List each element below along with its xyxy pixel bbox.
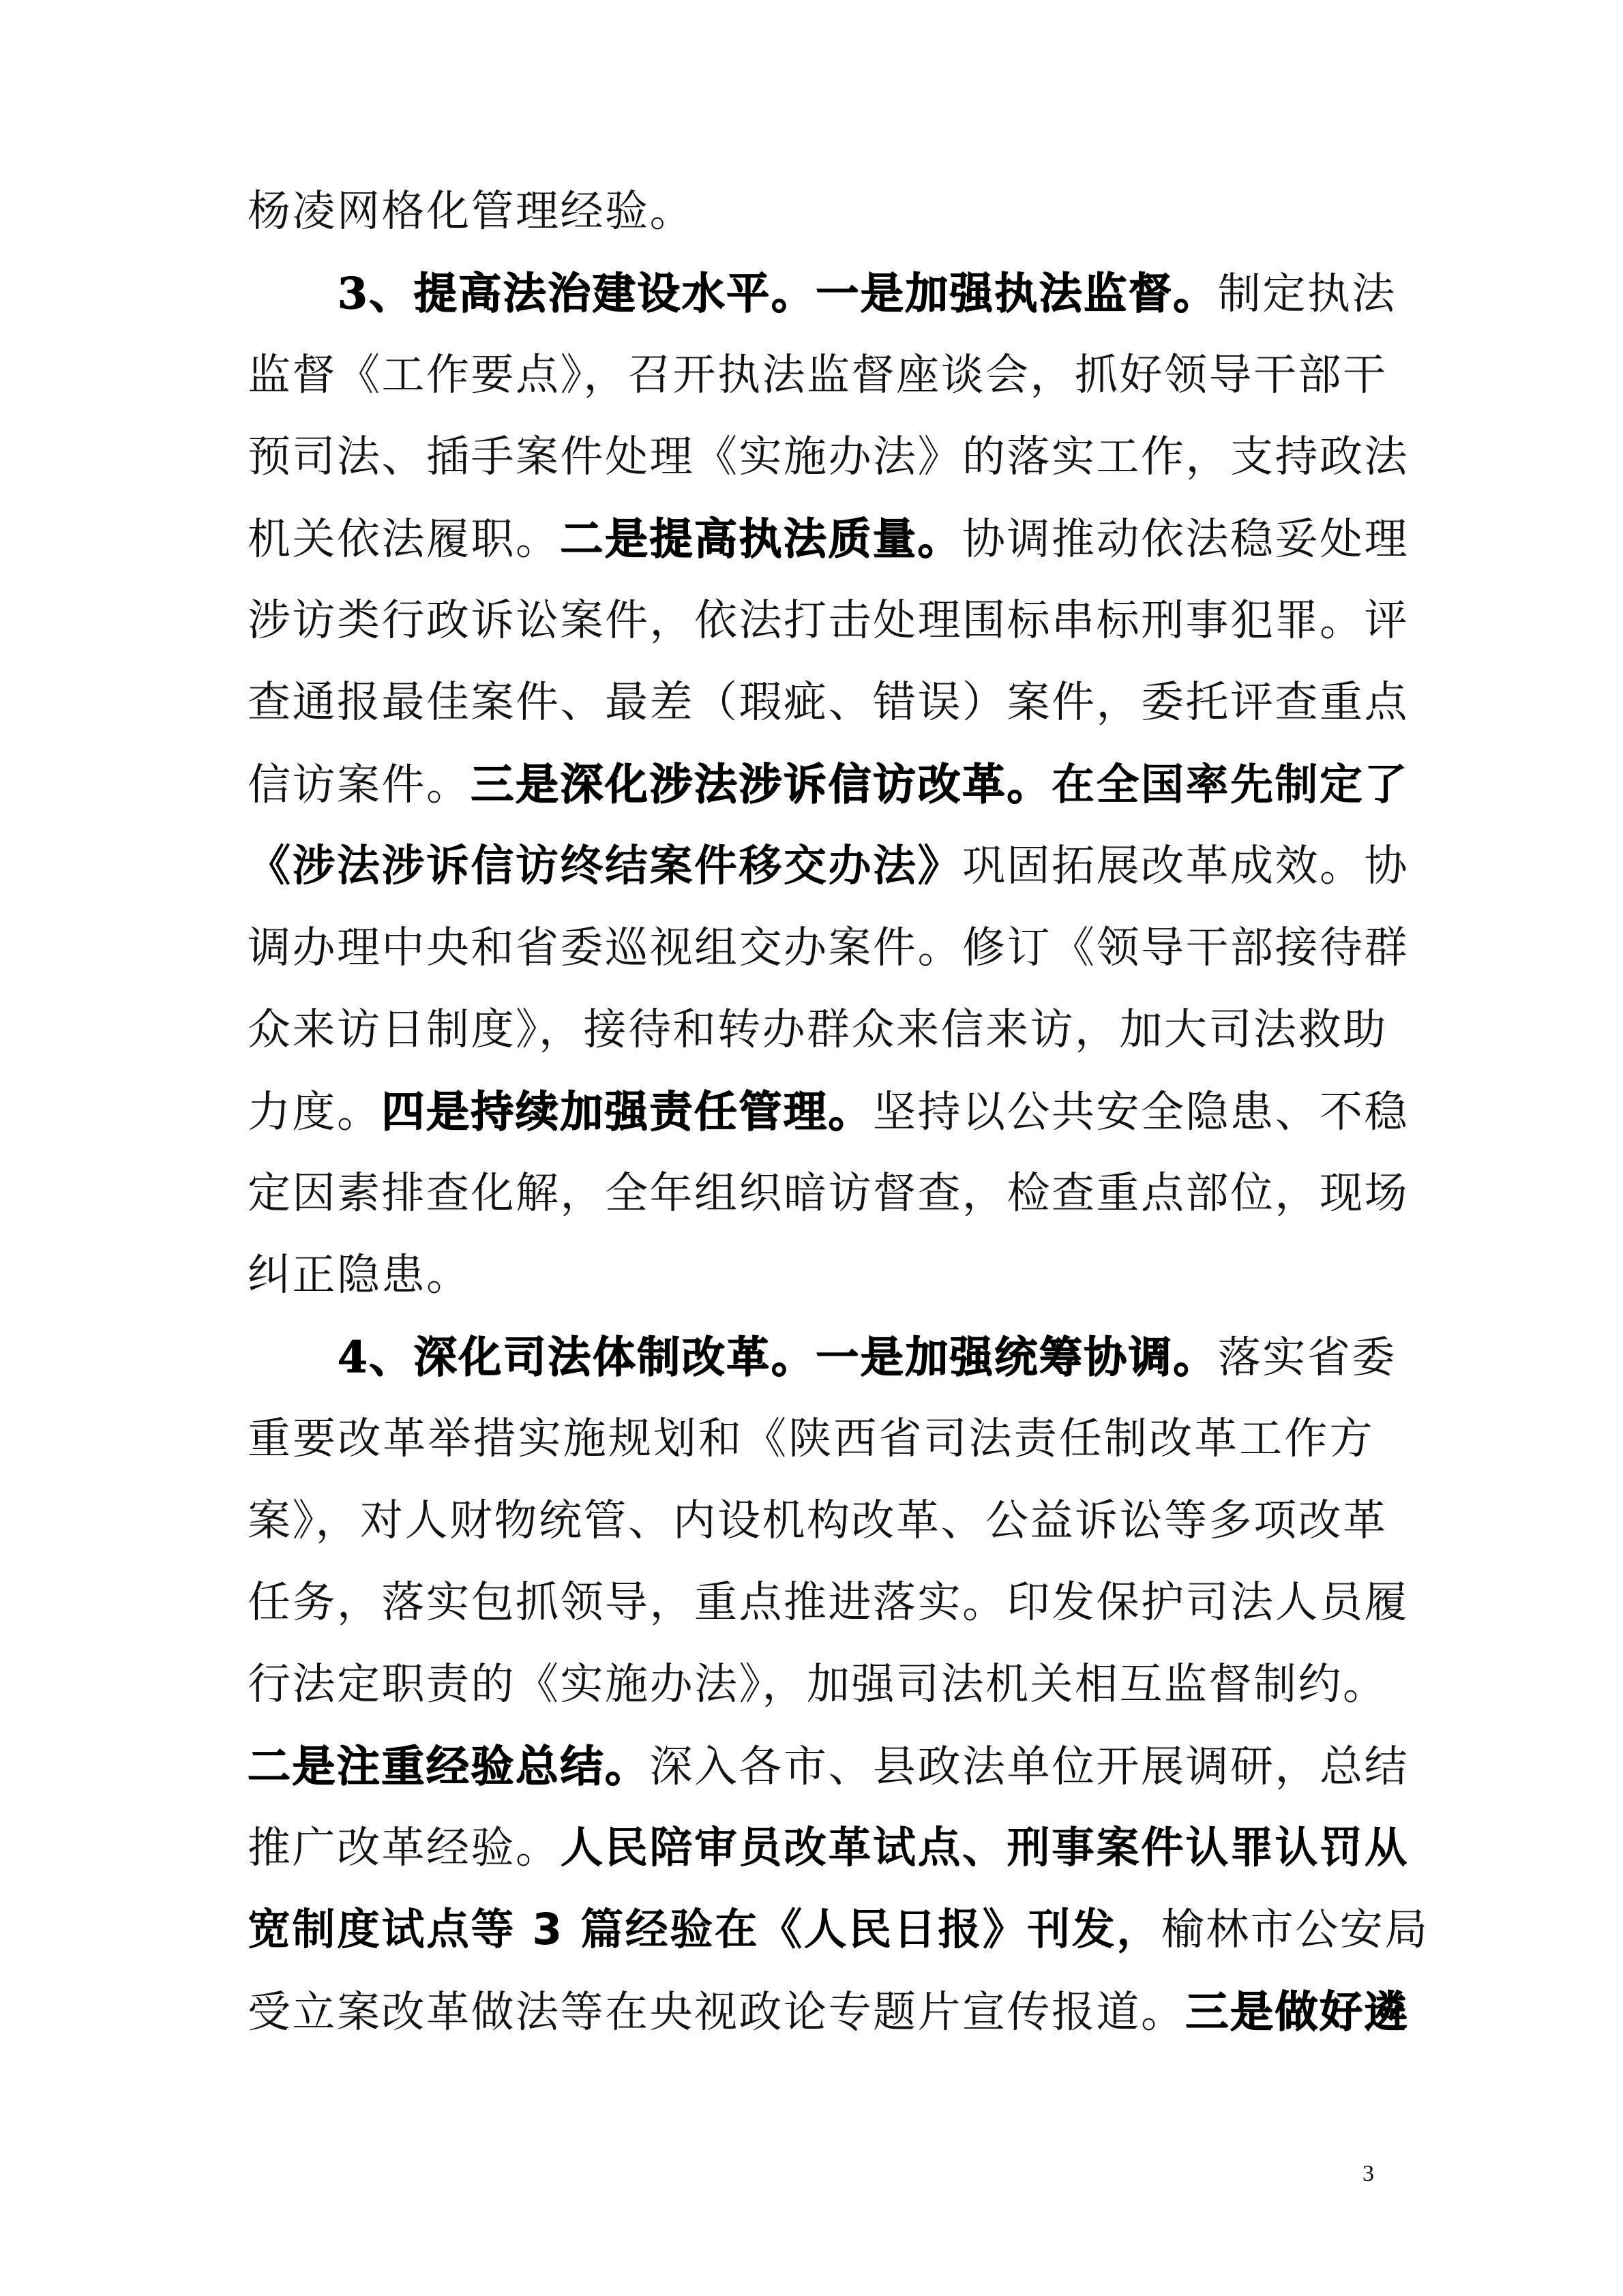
- paragraph-text: 任务，落实包抓领导，重点推进落实。印发保护司法人员履: [248, 1577, 1409, 1627]
- text-line-content: 涉访类行政诉讼案件，依法打击处理围标串标刑事犯罪。评: [248, 588, 1374, 670]
- paragraph-text: 制定执法: [1218, 269, 1397, 318]
- text-line-content: 案》，对人财物统管、内设机构改革、公益诉讼等多项改革: [248, 1488, 1374, 1570]
- text-line-content: 任务，落实包抓领导，重点推进落实。印发保护司法人员履: [248, 1570, 1374, 1652]
- paragraph-text: 深入各市、县政法单位开展调研，总结: [650, 1742, 1410, 1791]
- paragraph-text: 杨凌网格化管理经验。: [248, 186, 694, 236]
- bold-heading-text: 三是做好遴: [1186, 1986, 1410, 2037]
- paragraph-text: 监督《工作要点》，召开执法监督座谈会，抓好领导干部干: [248, 350, 1388, 400]
- page-number: 3: [1363, 2160, 1374, 2188]
- text-line-content: 受立案改革做法等在央视政论专题片宣传报道。三是做好遴: [248, 1979, 1374, 2061]
- emphasis-text: 人民陪审员改革试点、刑事案件认罪认罚从: [561, 1823, 1410, 1873]
- text-line: 纠正隐患。: [248, 1242, 1374, 1324]
- emphasis-text: 在全国率先制定了: [1052, 760, 1409, 809]
- paragraph-text: 查通报最佳案件、最差（瑕疵、错误）案件，委托评查重点: [248, 677, 1409, 727]
- paragraph-text: 坚持以公共安全隐患、不稳: [873, 1087, 1409, 1137]
- paragraph-text: 推广改革经验。: [248, 1823, 561, 1873]
- text-line-content: 二是注重经验总结。深入各市、县政法单位开展调研，总结: [248, 1733, 1374, 1815]
- paragraph-text: 众来访日制度》，接待和转办群众来信来访，加大司法救助: [248, 1004, 1388, 1054]
- text-line: 力度。四是持续加强责任管理。坚持以公共安全隐患、不稳: [248, 1079, 1374, 1161]
- text-line: 定因素排查化解，全年组织暗访督查，检查重点部位，现场: [248, 1161, 1374, 1242]
- text-line-content: 众来访日制度》，接待和转办群众来信来访，加大司法救助: [248, 997, 1374, 1079]
- text-line-content: 力度。四是持续加强责任管理。坚持以公共安全隐患、不稳: [248, 1079, 1374, 1161]
- text-line-content: 4、深化司法体制改革。一是加强统筹协调。落实省委: [338, 1324, 1374, 1406]
- text-line-content: 预司法、插手案件处理《实施办法》的落实工作，支持政法: [248, 424, 1374, 506]
- text-line-content: 定因素排查化解，全年组织暗访督查，检查重点部位，现场: [248, 1161, 1374, 1242]
- text-line: 受立案改革做法等在央视政论专题片宣传报道。三是做好遴: [248, 1979, 1374, 2061]
- text-line: 行法定职责的《实施办法》，加强司法机关相互监督制约。: [248, 1652, 1374, 1733]
- paragraph-text: 预司法、插手案件处理《实施办法》的落实工作，支持政法: [248, 432, 1409, 481]
- paragraph-text: 纠正隐患。: [248, 1250, 471, 1300]
- text-line-content: 重要改革举措实施规划和《陕西省司法责任制改革工作方: [248, 1406, 1374, 1488]
- bold-heading-text: 二是注重经验总结。: [248, 1741, 650, 1791]
- text-line-content: 机关依法履职。二是提高执法质量。协调推动依法稳妥处理: [248, 506, 1374, 588]
- emphasis-text: 宽制度试点等 3 篇经验在《人民日报》刊发，: [248, 1905, 1161, 1954]
- bold-heading-text: 四是持续加强责任管理。: [382, 1086, 874, 1137]
- text-line: 预司法、插手案件处理《实施办法》的落实工作，支持政法: [248, 424, 1374, 506]
- paragraph-text: 榆林市公安局: [1161, 1905, 1429, 1954]
- paragraph-text: 调办理中央和省委巡视组交办案件。修订《领导干部接待群: [248, 923, 1409, 972]
- paragraph-text: 定因素排查化解，全年组织暗访督查，检查重点部位，现场: [248, 1168, 1409, 1218]
- bold-heading-text: 二是提高执法质量。: [561, 513, 963, 564]
- document-page: 杨凌网格化管理经验。3、提高法治建设水平。一是加强执法监督。制定执法监督《工作要…: [0, 0, 1623, 2296]
- text-line: 3、提高法治建设水平。一是加强执法监督。制定执法: [248, 260, 1374, 342]
- paragraph-text: 巩固拓展改革成效。协: [962, 841, 1409, 891]
- text-line-content: 调办理中央和省委巡视组交办案件。修订《领导干部接待群: [248, 915, 1374, 997]
- text-line: 案》，对人财物统管、内设机构改革、公益诉讼等多项改革: [248, 1488, 1374, 1570]
- text-line: 信访案件。三是深化涉法涉诉信访改革。在全国率先制定了: [248, 751, 1374, 833]
- text-line-content: 宽制度试点等 3 篇经验在《人民日报》刊发，榆林市公安局: [248, 1897, 1374, 1979]
- text-line-content: 监督《工作要点》，召开执法监督座谈会，抓好领导干部干: [248, 342, 1374, 424]
- bold-heading-text: 3、提高法治建设水平。一是加强执法监督。: [338, 268, 1218, 318]
- text-line: 二是注重经验总结。深入各市、县政法单位开展调研，总结: [248, 1733, 1374, 1815]
- text-line: 推广改革经验。人民陪审员改革试点、刑事案件认罪认罚从: [248, 1815, 1374, 1897]
- text-line: 调办理中央和省委巡视组交办案件。修订《领导干部接待群: [248, 915, 1374, 997]
- text-line-content: 杨凌网格化管理经验。: [248, 179, 1374, 260]
- text-line-content: 《涉法涉诉信访终结案件移交办法》巩固拓展改革成效。协: [248, 833, 1374, 915]
- paragraph-text: 信访案件。: [248, 760, 471, 809]
- paragraph-text: 落实省委: [1218, 1332, 1397, 1382]
- paragraph-text: 行法定职责的《实施办法》，加强司法机关相互监督制约。: [248, 1659, 1388, 1709]
- text-line: 4、深化司法体制改革。一是加强统筹协调。落实省委: [248, 1324, 1374, 1406]
- text-line-content: 信访案件。三是深化涉法涉诉信访改革。在全国率先制定了: [248, 751, 1374, 833]
- paragraph-text: 涉访类行政诉讼案件，依法打击处理围标串标刑事犯罪。评: [248, 595, 1409, 645]
- text-line-content: 纠正隐患。: [248, 1242, 1374, 1324]
- text-line: 机关依法履职。二是提高执法质量。协调推动依法稳妥处理: [248, 506, 1374, 588]
- paragraph-text: 案》，对人财物统管、内设机构改革、公益诉讼等多项改革: [248, 1495, 1388, 1545]
- text-line: 杨凌网格化管理经验。: [248, 179, 1374, 260]
- body-text: 杨凌网格化管理经验。3、提高法治建设水平。一是加强执法监督。制定执法监督《工作要…: [248, 179, 1374, 2061]
- text-line: 监督《工作要点》，召开执法监督座谈会，抓好领导干部干: [248, 342, 1374, 424]
- text-line: 涉访类行政诉讼案件，依法打击处理围标串标刑事犯罪。评: [248, 588, 1374, 670]
- paragraph-text: 力度。: [248, 1087, 382, 1137]
- text-line-content: 3、提高法治建设水平。一是加强执法监督。制定执法: [338, 260, 1374, 342]
- bold-heading-text: 三是深化涉法涉诉信访改革。: [471, 759, 1052, 809]
- paragraph-text: 重要改革举措实施规划和《陕西省司法责任制改革工作方: [248, 1414, 1374, 1463]
- text-line: 众来访日制度》，接待和转办群众来信来访，加大司法救助: [248, 997, 1374, 1079]
- emphasis-text: 《涉法涉诉信访终结案件移交办法》: [248, 841, 962, 891]
- text-line-content: 行法定职责的《实施办法》，加强司法机关相互监督制约。: [248, 1652, 1374, 1733]
- bold-heading-text: 4、深化司法体制改革。一是加强统筹协调。: [338, 1332, 1218, 1382]
- text-line-content: 查通报最佳案件、最差（瑕疵、错误）案件，委托评查重点: [248, 670, 1374, 751]
- paragraph-text: 受立案改革做法等在央视政论专题片宣传报道。: [248, 1987, 1186, 2037]
- text-line: 重要改革举措实施规划和《陕西省司法责任制改革工作方: [248, 1406, 1374, 1488]
- text-line-content: 推广改革经验。人民陪审员改革试点、刑事案件认罪认罚从: [248, 1815, 1374, 1897]
- paragraph-text: 机关依法履职。: [248, 514, 561, 564]
- text-line: 查通报最佳案件、最差（瑕疵、错误）案件，委托评查重点: [248, 670, 1374, 751]
- text-line: 宽制度试点等 3 篇经验在《人民日报》刊发，榆林市公安局: [248, 1897, 1374, 1979]
- text-line: 《涉法涉诉信访终结案件移交办法》巩固拓展改革成效。协: [248, 833, 1374, 915]
- paragraph-text: 协调推动依法稳妥处理: [962, 514, 1409, 564]
- text-line: 任务，落实包抓领导，重点推进落实。印发保护司法人员履: [248, 1570, 1374, 1652]
